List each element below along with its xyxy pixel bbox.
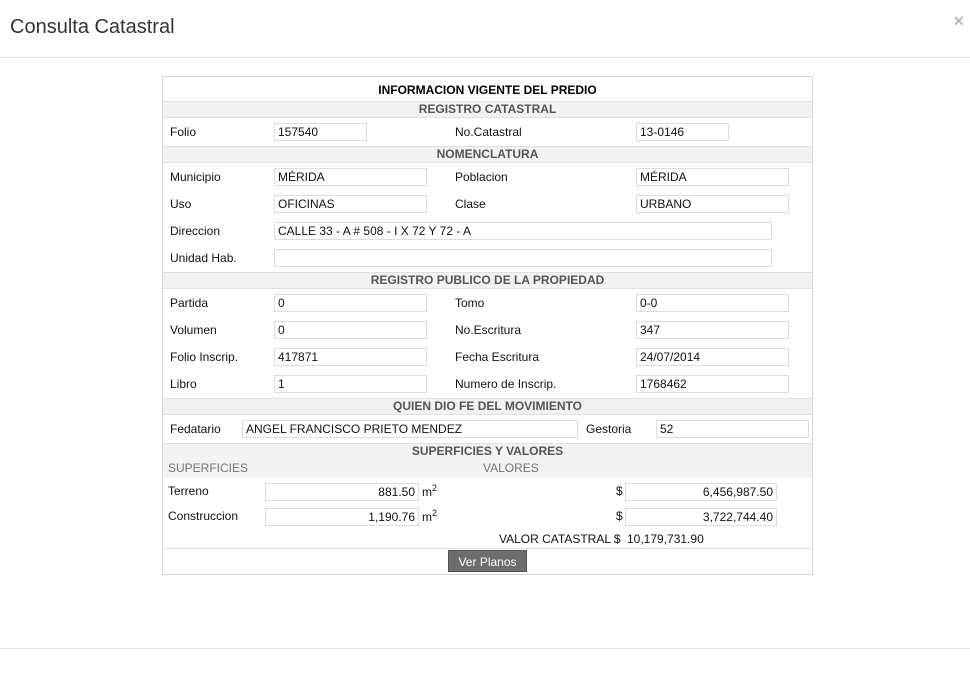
terreno-label: Terreno xyxy=(168,482,209,500)
unidad-hab-field[interactable] xyxy=(274,249,772,267)
section-registro-catastral: REGISTRO CATASTRAL xyxy=(163,101,812,118)
partida-field[interactable]: 0 xyxy=(274,294,427,312)
municipio-field[interactable]: MÉRIDA xyxy=(274,168,427,186)
folio-field[interactable]: 157540 xyxy=(274,123,367,141)
no-escritura-label: No.Escritura xyxy=(455,321,521,339)
property-info-panel: INFORMACION VIGENTE DEL PREDIO REGISTRO … xyxy=(162,76,813,575)
folio-inscrip-label: Folio Inscrip. xyxy=(170,348,238,366)
uso-field[interactable]: OFICINAS xyxy=(274,195,427,213)
poblacion-label: Poblacion xyxy=(455,168,508,186)
libro-label: Libro xyxy=(170,375,197,393)
valor-catastral-label: VALOR CATASTRAL $ xyxy=(499,530,621,548)
partida-label: Partida xyxy=(170,294,208,312)
section-superficies-valores: SUPERFICIES Y VALORES xyxy=(163,443,812,460)
no-escritura-field[interactable]: 347 xyxy=(636,321,789,339)
numero-inscrip-label: Numero de Inscrip. xyxy=(455,375,556,393)
modal-title: Consulta Catastral xyxy=(10,16,175,39)
volumen-label: Volumen xyxy=(170,321,217,339)
tomo-label: Tomo xyxy=(455,294,484,312)
fedatario-field[interactable]: ANGEL FRANCISCO PRIETO MENDEZ xyxy=(242,420,578,438)
numero-inscrip-field[interactable]: 1768462 xyxy=(636,375,789,393)
terreno-superficie-field[interactable]: 881.50 xyxy=(265,483,419,501)
clase-field[interactable]: URBANO xyxy=(636,195,789,213)
construccion-label: Construccion xyxy=(168,507,238,525)
superficies-valores-subheader: SUPERFICIES VALORES xyxy=(163,459,812,478)
superficies-label: SUPERFICIES xyxy=(168,459,248,478)
terreno-valor-field[interactable]: 6,456,987.50 xyxy=(625,483,777,501)
close-icon[interactable]: × xyxy=(953,12,964,30)
poblacion-field[interactable]: MÉRIDA xyxy=(636,168,789,186)
section-registro-publico: REGISTRO PUBLICO DE LA PROPIEDAD xyxy=(163,272,812,289)
clase-label: Clase xyxy=(455,195,486,213)
valores-label: VALORES xyxy=(483,459,539,478)
modal-footer-divider xyxy=(0,648,970,649)
no-catastral-field[interactable]: 13-0146 xyxy=(636,123,729,141)
direccion-field[interactable]: CALLE 33 - A # 508 - I X 72 Y 72 - A xyxy=(274,222,772,240)
folio-label: Folio xyxy=(170,123,196,141)
terreno-currency: $ xyxy=(616,482,623,500)
unidad-hab-label: Unidad Hab. xyxy=(170,249,237,267)
modal-header: Consulta Catastral × xyxy=(0,0,970,58)
libro-field[interactable]: 1 xyxy=(274,375,427,393)
panel-title: INFORMACION VIGENTE DEL PREDIO xyxy=(163,83,812,97)
ver-planos-button[interactable]: Ver Planos xyxy=(448,550,527,572)
gestoria-field[interactable]: 52 xyxy=(656,420,809,438)
section-nomenclatura: NOMENCLATURA xyxy=(163,146,812,163)
gestoria-label: Gestoria xyxy=(586,420,631,438)
construccion-superficie-field[interactable]: 1,190.76 xyxy=(265,508,419,526)
terreno-unit: m2 xyxy=(422,483,437,499)
construccion-valor-field[interactable]: 3,722,744.40 xyxy=(625,508,777,526)
valor-catastral-value: 10,179,731.90 xyxy=(627,530,704,548)
fecha-escritura-field[interactable]: 24/07/2014 xyxy=(636,348,789,366)
construccion-currency: $ xyxy=(616,507,623,525)
construccion-unit: m2 xyxy=(422,508,437,524)
no-catastral-label: No.Catastral xyxy=(455,123,522,141)
divider xyxy=(163,548,812,549)
uso-label: Uso xyxy=(170,195,191,213)
folio-inscrip-field[interactable]: 417871 xyxy=(274,348,427,366)
volumen-field[interactable]: 0 xyxy=(274,321,427,339)
municipio-label: Municipio xyxy=(170,168,221,186)
section-fedatario: QUIEN DIO FE DEL MOVIMIENTO xyxy=(163,398,812,415)
fedatario-label: Fedatario xyxy=(170,420,221,438)
tomo-field[interactable]: 0-0 xyxy=(636,294,789,312)
fecha-escritura-label: Fecha Escritura xyxy=(455,348,539,366)
direccion-label: Direccion xyxy=(170,222,220,240)
